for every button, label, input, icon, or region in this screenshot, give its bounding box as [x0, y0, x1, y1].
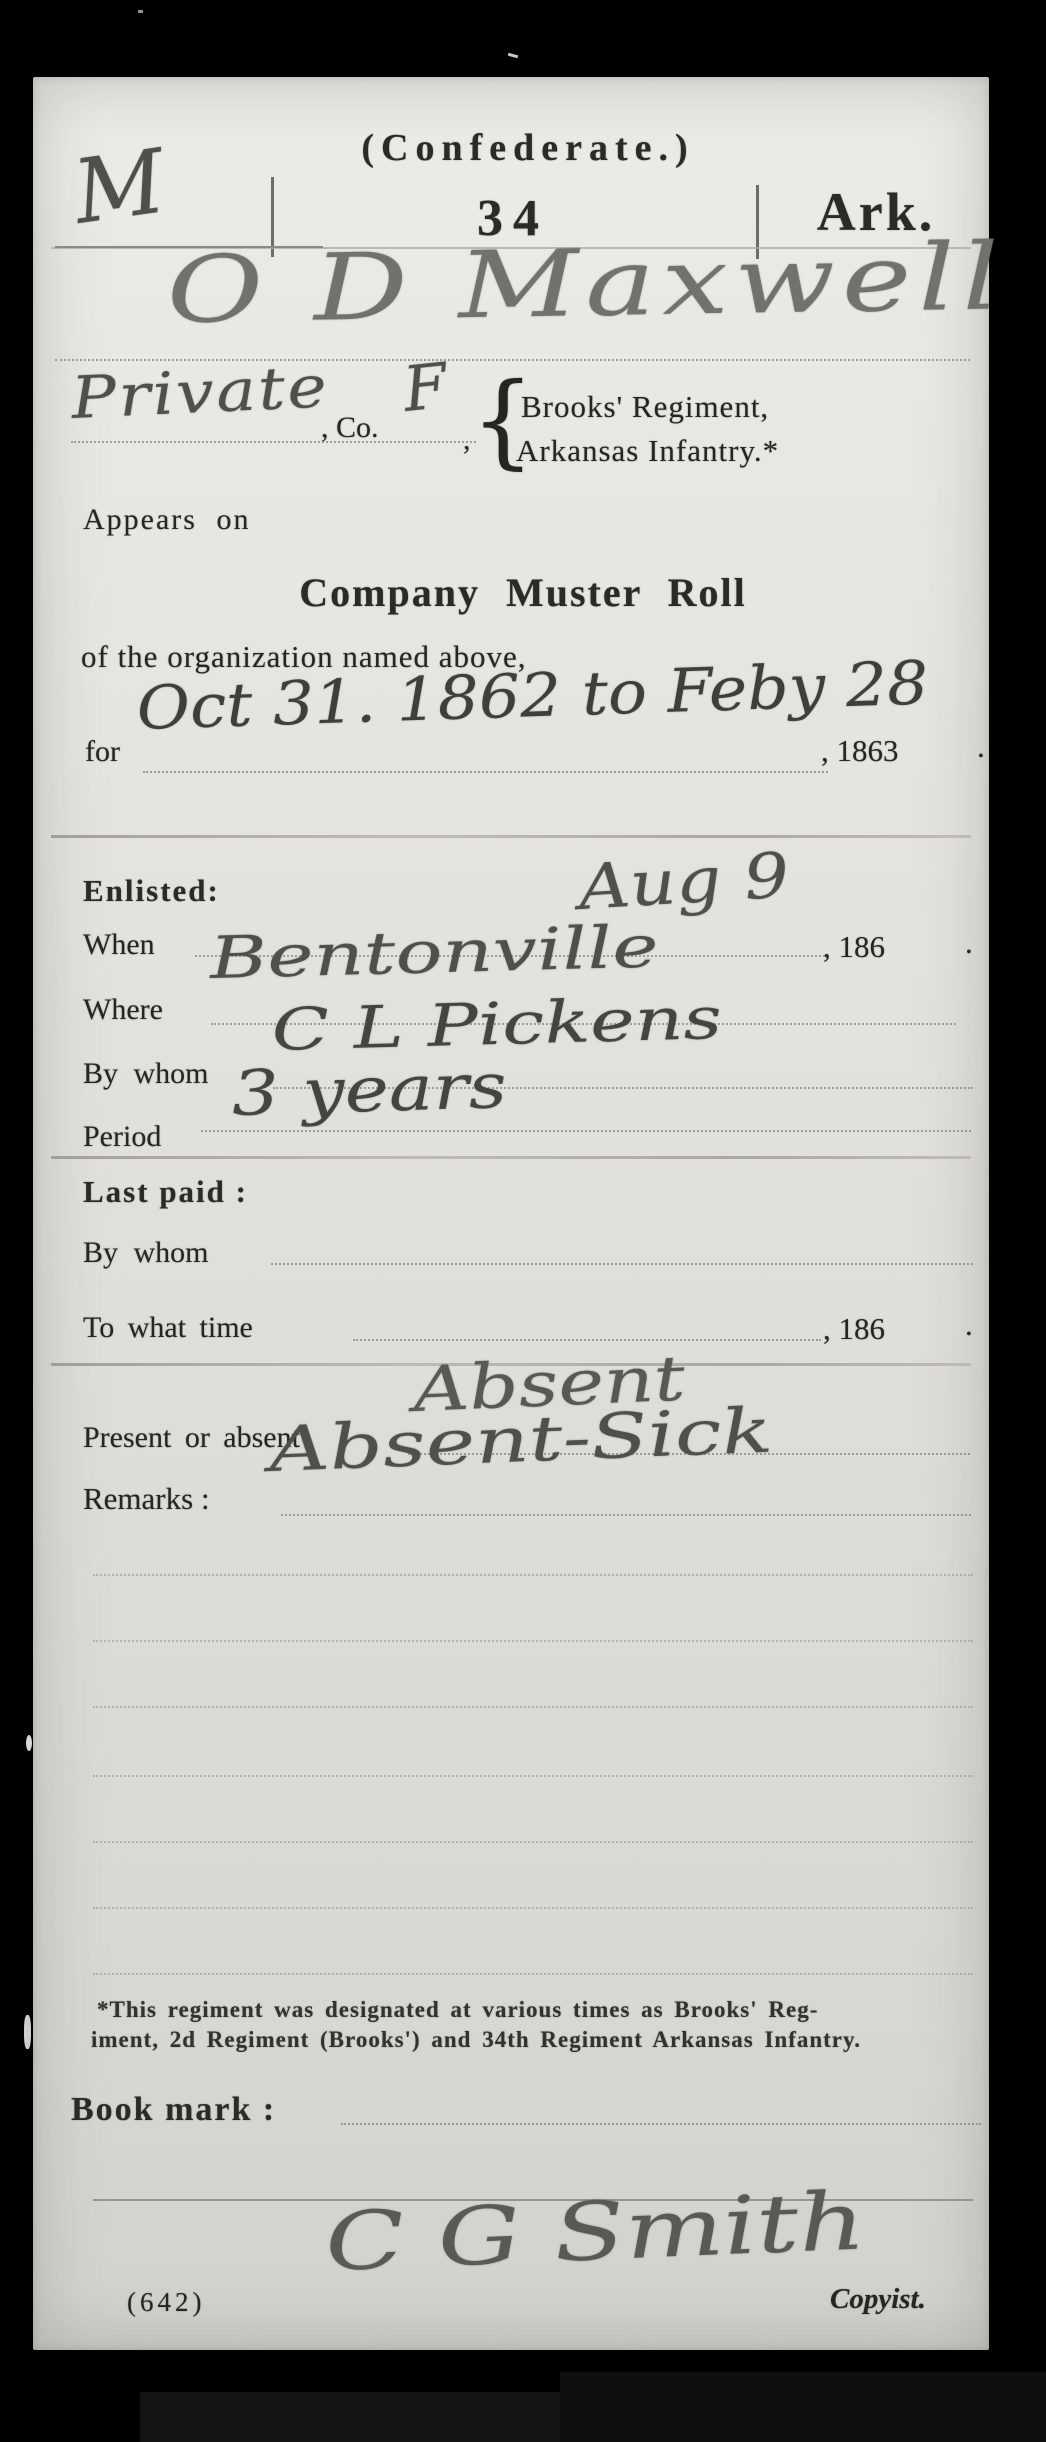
period-value-handwritten: 3 years — [230, 1055, 508, 1125]
company-letter-handwritten: F — [401, 355, 450, 421]
for-year: , 1863 — [821, 733, 899, 769]
footnote-line-1: *This regiment was designated at various… — [97, 1997, 975, 2023]
period-label: Period — [83, 1120, 161, 1154]
for-label: for — [85, 735, 120, 769]
section-rule-enlisted — [51, 835, 971, 838]
form-number: (642) — [127, 2287, 205, 2318]
surname-initial-handwritten: M — [69, 137, 170, 237]
soldier-name-handwritten: O D Maxwell — [166, 231, 1008, 337]
where-label: Where — [83, 993, 163, 1027]
confederate-heading: (Confederate.) — [318, 126, 738, 170]
blank-ruled-line — [93, 1841, 973, 1843]
scan-speck — [24, 2015, 31, 2049]
blank-ruled-line — [93, 1907, 973, 1909]
blank-ruled-line — [93, 1640, 973, 1642]
for-ruled-line — [143, 771, 828, 773]
blank-ruled-line — [93, 1706, 973, 1708]
muster-roll-card: (Confederate.) M 34 Ark. O D Maxwell Pri… — [33, 77, 989, 2350]
roll-title: Company Muster Roll — [183, 569, 863, 616]
to-what-time-year: , 186 — [823, 1311, 885, 1347]
last-paid-by-whom-label: By whom — [83, 1236, 209, 1270]
blank-ruled-line — [93, 1574, 973, 1576]
when-year: , 186 — [823, 929, 885, 965]
period-ruled-line — [201, 1130, 971, 1132]
for-year-period: . — [977, 729, 985, 765]
appears-on-label: Appears on — [83, 503, 250, 537]
remarks-ruled-line — [281, 1514, 971, 1516]
scan-speck — [138, 10, 143, 13]
copyist-label: Copyist. — [830, 2283, 926, 2316]
scanner-bed-shadow-right — [560, 2372, 1046, 2442]
to-what-time-period: . — [965, 1307, 973, 1343]
section-rule-last-paid — [51, 1156, 971, 1159]
scan-speck — [508, 53, 518, 58]
company-label: , Co. — [321, 411, 379, 445]
unit-name-line-2: Arkansas Infantry.* — [516, 433, 779, 469]
book-mark-label: Book mark : — [71, 2091, 276, 2129]
enlisted-heading: Enlisted: — [83, 873, 220, 909]
rank-ruled-line — [71, 441, 476, 443]
copyist-signature-handwritten: C G Smith — [323, 2181, 868, 2283]
scanner-bed-shadow-left — [140, 2392, 560, 2442]
last-paid-heading: Last paid : — [83, 1174, 248, 1210]
scan-speck — [26, 1735, 32, 1751]
scanned-card-screenshot: { "header": { "confederate": "(Confedera… — [0, 0, 1046, 2442]
where-value-handwritten: Bentonville — [208, 917, 660, 987]
enlisted-by-whom-label: By whom — [83, 1057, 209, 1091]
to-what-time-ruled-line — [353, 1339, 821, 1341]
when-year-period: . — [965, 925, 973, 961]
company-trailing-comma: , — [463, 423, 471, 457]
book-mark-ruled-line — [341, 2123, 981, 2125]
unit-name-line-1: Brooks' Regiment, — [521, 389, 769, 425]
when-label: When — [83, 928, 155, 962]
to-what-time-label: To what time — [83, 1311, 253, 1345]
when-value-handwritten: Aug 9 — [576, 844, 792, 919]
footnote-line-2: iment, 2d Regiment (Brooks') and 34th Re… — [91, 2027, 975, 2053]
remarks-value-handwritten: Absent-Sick — [267, 1400, 775, 1481]
rank-handwritten: Private — [70, 357, 331, 427]
last-paid-by-whom-ruled-line — [271, 1263, 973, 1265]
remarks-label: Remarks : — [83, 1481, 210, 1517]
blank-ruled-line — [93, 1775, 973, 1777]
blank-ruled-line — [93, 1973, 973, 1975]
